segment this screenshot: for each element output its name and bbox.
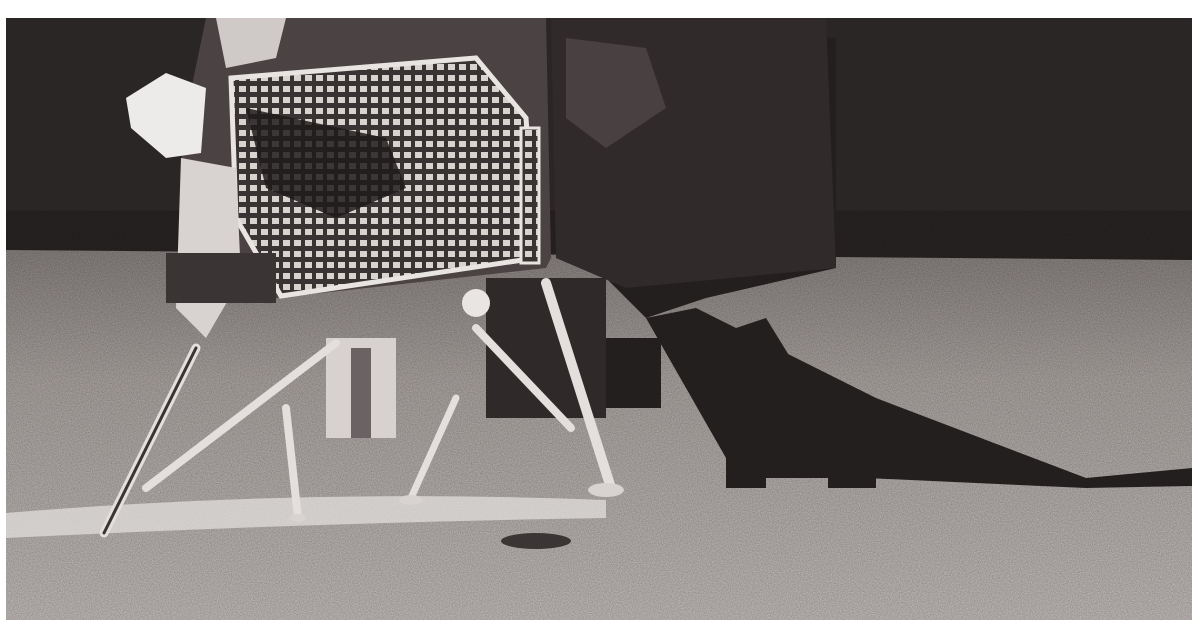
lunar-lander-photo [6,18,1192,620]
photo-scene [6,18,1192,620]
